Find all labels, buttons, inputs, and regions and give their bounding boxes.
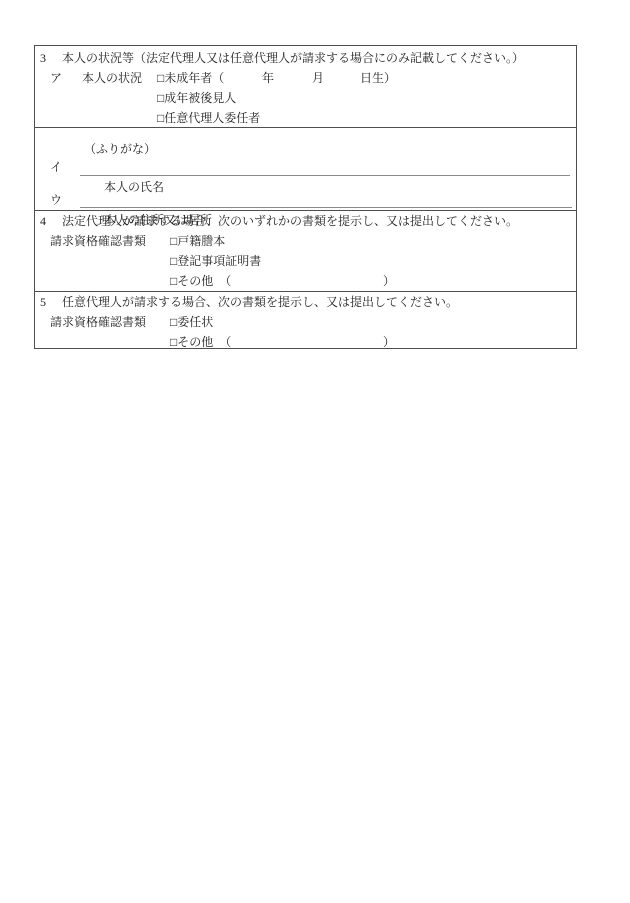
section3-item-u-row: ウ 本人の住所又は居所 (0, 190, 630, 210)
principal-address-field[interactable]: 本人の住所又は居所 (80, 190, 572, 208)
section3-voluntary-delegator-row: □任意代理人委任者 (0, 108, 630, 128)
item-a-marker: ア (50, 68, 62, 88)
other-close-paren-sec4: ） (383, 271, 395, 291)
checkbox-other-sec4[interactable]: □その他 （ (170, 271, 231, 291)
checkbox-voluntary-delegator[interactable]: □任意代理人委任者 (157, 108, 260, 128)
checkbox-koseki-tohon-label: 戸籍謄本 (177, 234, 225, 248)
section3-item-a-row: ア 本人の状況 □未成年者（ 年 月 日生） (0, 68, 630, 88)
checkbox-adult-ward[interactable]: □成年被後見人 (157, 88, 236, 108)
checkbox-minor[interactable]: □未成年者（ (157, 68, 224, 88)
section4-header-row: 4 法定代理人が請求する場合、次のいずれかの書類を提示し、又は提出してください。 (0, 211, 630, 231)
item-a-label: 本人の状況 (82, 68, 142, 88)
birth-month-unit-label: 月 (312, 68, 324, 88)
checkbox-registry-certificate-label: 登記事項証明書 (177, 254, 261, 268)
checkbox-registry-certificate[interactable]: □登記事項証明書 (170, 251, 261, 271)
section5-title: 任意代理人が請求する場合、次の書類を提示し、又は提出してください。 (62, 292, 458, 312)
birth-day-unit-label: 日生） (360, 68, 396, 88)
other-close-paren-sec5: ） (383, 332, 395, 352)
section4-docs-row: 請求資格確認書類 □戸籍謄本 (0, 231, 630, 251)
checkbox-adult-ward-label: 成年被後見人 (164, 91, 236, 105)
section3-title: 本人の状況等（法定代理人又は任意代理人が請求する場合にのみ記載してください。） (62, 48, 524, 68)
birth-year-unit-label: 年 (262, 68, 274, 88)
section4-number: 4 (40, 211, 46, 231)
section4-other-row: □その他 （ ） (0, 271, 630, 291)
checkbox-power-of-attorney-label: 委任状 (177, 315, 213, 329)
checkbox-minor-label: 未成年者（ (164, 71, 224, 85)
furigana-row: （ふりがな） (0, 139, 630, 159)
checkbox-other-sec4-label: その他 （ (177, 274, 231, 288)
section5-other-row: □その他 （ ） (0, 332, 630, 352)
section3-number: 3 (40, 48, 46, 68)
furigana-label: （ふりがな） (84, 139, 156, 159)
section4-title: 法定代理人が請求する場合、次のいずれかの書類を提示し、又は提出してください。 (62, 211, 518, 231)
item-u-marker: ウ (50, 190, 62, 210)
section3-header-row: 3 本人の状況等（法定代理人又は任意代理人が請求する場合にのみ記載してください。… (0, 48, 630, 68)
section5-docs-row: 請求資格確認書類 □委任状 (0, 312, 630, 332)
section5-docs-label: 請求資格確認書類 (50, 312, 146, 332)
section3-item-i-row: イ 本人の氏名 (0, 157, 630, 177)
item-i-marker: イ (50, 157, 62, 177)
principal-name-field[interactable]: 本人の氏名 (80, 157, 570, 176)
section3-adult-ward-row: □成年被後見人 (0, 88, 630, 108)
checkbox-voluntary-delegator-label: 任意代理人委任者 (164, 111, 260, 125)
checkbox-koseki-tohon[interactable]: □戸籍謄本 (170, 231, 225, 251)
section5-header-row: 5 任意代理人が請求する場合、次の書類を提示し、又は提出してください。 (0, 292, 630, 312)
checkbox-other-sec5-label: その他 （ (177, 335, 231, 349)
checkbox-power-of-attorney[interactable]: □委任状 (170, 312, 213, 332)
section4-docs-label: 請求資格確認書類 (50, 231, 146, 251)
document-page: 3 本人の状況等（法定代理人又は任意代理人が請求する場合にのみ記載してください。… (0, 0, 630, 903)
checkbox-other-sec5[interactable]: □その他 （ (170, 332, 231, 352)
section5-number: 5 (40, 292, 46, 312)
section4-registry-row: □登記事項証明書 (0, 251, 630, 271)
